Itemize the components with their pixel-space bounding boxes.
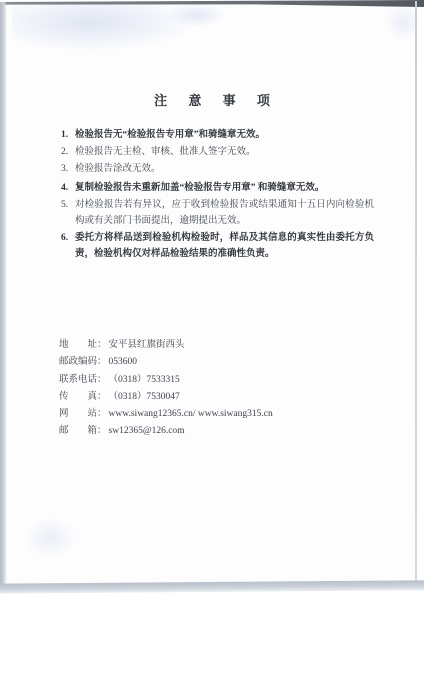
contact-value: www.siwang12365.cn/ www.siwang315.cn [109,406,273,423]
contact-label: 邮 箱： [59,423,107,440]
notice-item-6: 6. 委托方将样品送到检验机构检验时，样品及其信息的真实性由委托方负责，检验机构… [61,230,374,262]
notice-item-3: 3. 检验报告涂改无效。 [61,161,374,177]
notice-item-number: 1. [61,127,75,143]
scan-right-edge [415,1,417,583]
notice-item-text: 检验报告无主检、审核、批准人签字无效。 [75,144,374,160]
scan-bottom-edge [0,580,424,593]
contact-row-website: 网 站： www.siwang12365.cn/ www.siwang315.c… [59,406,379,423]
notice-item-number: 6. [61,230,75,262]
contact-row-address: 地 址： 安平县红旗街西头 [59,337,379,354]
contact-value: 安平县红旗街西头 [109,337,185,354]
notice-item-text: 委托方将样品送到检验机构检验时，样品及其信息的真实性由委托方负责，检验机构仅对样… [75,230,374,262]
notice-item-2: 2. 检验报告无主检、审核、批准人签字无效。 [61,144,374,160]
notice-list: 1. 检验报告无“检验报告专用章”和骑缝章无效。 2. 检验报告无主检、审核、批… [61,127,374,263]
contact-label: 邮政编码： [59,354,107,371]
notice-item-5: 5. 对检验报告若有异议，应于收到检验报告或结果通知十五日内向检验机构或有关部门… [61,197,374,229]
notice-item-4: 4. 复制检验报告未重新加盖“检验报告专用章” 和骑缝章无效。 [61,180,374,196]
contact-row-phone: 联系电话： （0318）7533315 [59,372,379,389]
notice-item-text: 复制检验报告未重新加盖“检验报告专用章” 和骑缝章无效。 [75,180,374,196]
notice-item-text: 检验报告涂改无效。 [75,161,374,177]
contact-label: 联系电话： [59,372,107,389]
contact-value: 053600 [109,354,138,371]
contact-label: 地 址： [59,337,107,354]
notice-item-number: 3. [61,161,75,177]
contact-value: （0318）7530047 [109,389,180,406]
contact-label: 传 真： [59,389,107,406]
contact-value: （0318）7533315 [109,372,180,389]
notice-item-1: 1. 检验报告无“检验报告专用章”和骑缝章无效。 [61,127,374,143]
page-title: 注 意 事 项 [0,90,424,109]
notice-item-number: 4. [61,180,75,196]
contact-row-postcode: 邮政编码： 053600 [59,354,379,371]
contact-row-fax: 传 真： （0318）7530047 [59,389,379,406]
notice-item-text: 检验报告无“检验报告专用章”和骑缝章无效。 [75,127,374,143]
notice-item-text: 对检验报告若有异议，应于收到检验报告或结果通知十五日内向检验机构或有关部门书面提… [75,197,374,229]
contact-label: 网 站： [59,406,107,423]
contact-value: sw12365@126.com [109,423,185,440]
contact-block: 地 址： 安平县红旗街西头 邮政编码： 053600 联系电话： （0318）7… [59,337,379,441]
notice-item-number: 2. [61,144,75,160]
contact-row-email: 邮 箱： sw12365@126.com [59,423,379,440]
scanned-document-page: 注 意 事 项 1. 检验报告无“检验报告专用章”和骑缝章无效。 2. 检验报告… [0,0,424,700]
notice-item-number: 5. [61,197,75,229]
